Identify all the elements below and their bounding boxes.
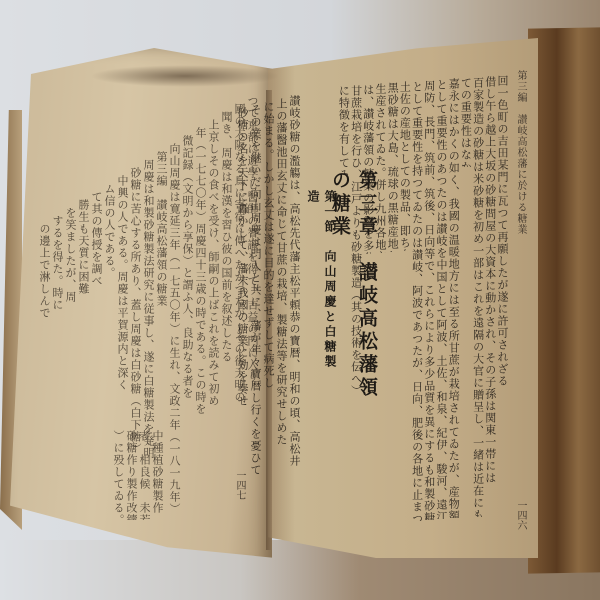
text-column: の邊上で淋しんでゐるを見: [37, 223, 52, 318]
text-column: するを得た。時に寛政二: [50, 215, 65, 310]
text-column: 上京しその食べを受け、師嗣の上ばこれを読みて初め: [206, 119, 221, 489]
text-column: て其の傳授を調べた所、: [89, 191, 104, 286]
section-title: 第一節 向山周慶と白糖製造: [305, 190, 339, 380]
page-number-right: 一四六: [513, 500, 528, 530]
book-cover-edge: [528, 27, 600, 573]
text-column: ム信の人である。周慶曾: [102, 183, 117, 278]
text-column: 向山周慶は寛延三年（一七五〇年）に生れ、文政二年（一八一九年）に歿してゐる。: [167, 143, 182, 513]
text-column: 讃岐砂糖の濫觴は、高松先代藩主松平頼恭の寶暦、明和の頃、高松井: [287, 95, 302, 515]
text-column: 微記録（文明から享保）と謂ふ人、良助なる者を: [180, 135, 195, 505]
text-column: 勝生も天質に困難せるを: [76, 199, 91, 294]
text-column: 者、相良候 未若手之儀: [137, 430, 152, 520]
text-column: に特徴を有してゐる。: [336, 85, 351, 175]
text-column: ）に殁してゐる。: [111, 430, 126, 520]
text-column: 聞き、周慶は和漢を習ひ彼の国前を叙述したる: [219, 111, 234, 481]
text-column: 年（一七七〇年）周慶四十三歳の時である。この時を: [193, 127, 208, 497]
text-column: に始まる。しかし玄丈は遂に目的を達せずして病死し: [261, 101, 276, 521]
running-header: 第三編 讃岐高松藩に於ける糖業: [513, 70, 528, 300]
text-column: 國の大阪なる鳥に寄宿に傳へたかつたが、その後天明の: [232, 103, 247, 473]
text-column: つて京都に遊學し醫師の智識を得て、吉益の門に入り: [245, 95, 260, 465]
open-book: 第三編 讃岐高松藩に於ける糖業 一四六 回一色町の吉田某門に瓦つて再願したが遂に…: [0, 0, 600, 600]
text-column: 中種植砂糖製作: [150, 430, 165, 520]
page-number-left: 一四七: [232, 470, 247, 500]
text-column: 砂糖作り製作改鑄致: [124, 430, 139, 520]
shadow: [90, 65, 280, 87]
text-column: 上の藩醫池田玄丈に命じて甘蔗の栽培、製糖法等を研究せしめた: [274, 98, 289, 518]
text-column: を笑ましたが、周慶は早道: [63, 207, 78, 302]
